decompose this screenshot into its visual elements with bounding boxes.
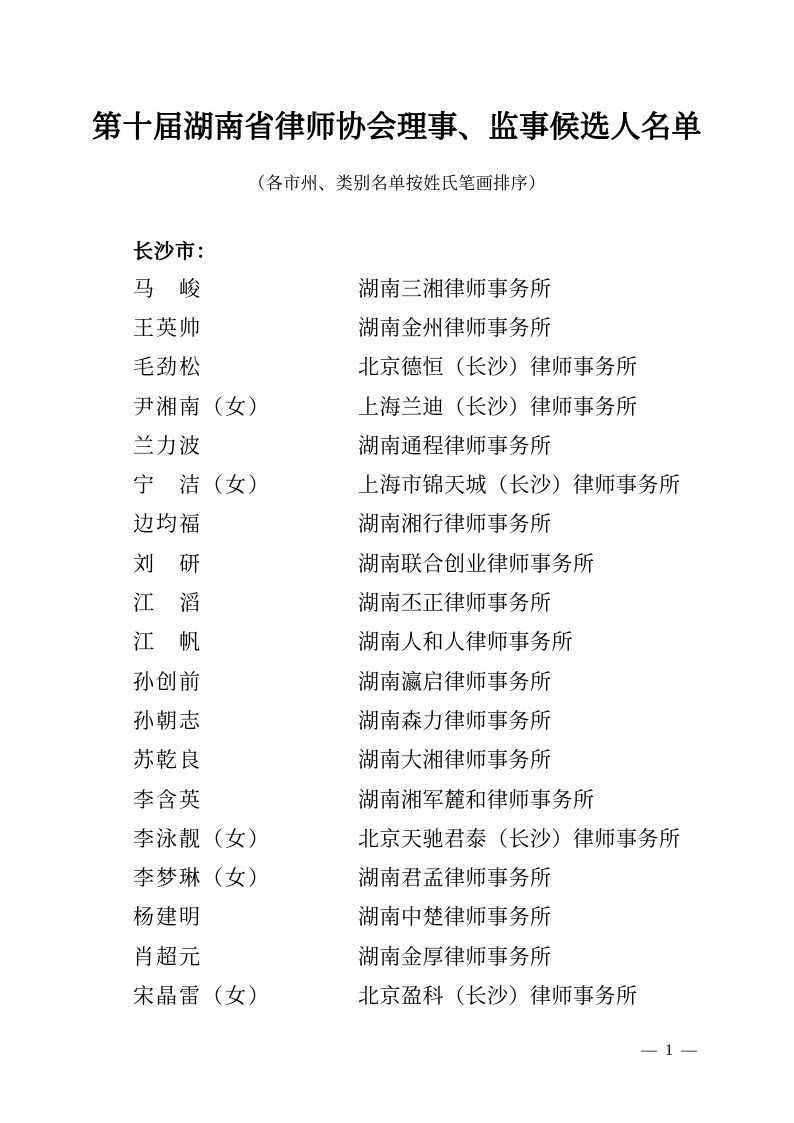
document-page: 第十届湖南省律师协会理事、监事候选人名单 （各市州、类别名单按姓氏笔画排序） 长… [0, 0, 794, 1123]
candidate-firm: 湖南三湘律师事务所 [358, 273, 754, 303]
candidate-list: 马 峻 湖南三湘律师事务所 王英帅 湖南金州律师事务所 毛劲松 北京德恒（长沙）… [0, 268, 794, 1015]
candidate-firm: 湖南中楚律师事务所 [358, 901, 754, 931]
candidate-name: 马 峻 [133, 273, 358, 303]
candidate-firm: 湖南瀛启律师事务所 [358, 666, 754, 696]
candidate-name: 尹湘南（女） [133, 391, 358, 421]
candidate-firm: 湖南金州律师事务所 [358, 312, 754, 342]
candidate-name: 刘 研 [133, 548, 358, 578]
document-title: 第十届湖南省律师协会理事、监事候选人名单 [0, 110, 794, 146]
candidate-name: 李泳靓（女） [133, 823, 358, 853]
candidate-firm: 湖南湘军麓和律师事务所 [358, 784, 754, 814]
candidate-firm: 湖南湘行律师事务所 [358, 508, 754, 538]
candidate-firm: 上海市锦天城（长沙）律师事务所 [358, 469, 754, 499]
candidate-row: 边均福 湖南湘行律师事务所 [133, 504, 754, 543]
candidate-name: 江 帆 [133, 626, 358, 656]
candidate-name: 李含英 [133, 784, 358, 814]
candidate-row: 宋晶雷（女） 北京盈科（长沙）律师事务所 [133, 975, 754, 1014]
candidate-name: 苏乾良 [133, 744, 358, 774]
candidate-row: 李梦琳（女） 湖南君孟律师事务所 [133, 857, 754, 896]
candidate-row: 苏乾良 湖南大湘律师事务所 [133, 740, 754, 779]
candidate-name: 杨建明 [133, 901, 358, 931]
candidate-firm: 湖南金厚律师事务所 [358, 941, 754, 971]
candidate-row: 尹湘南（女） 上海兰迪（长沙）律师事务所 [133, 386, 754, 425]
candidate-row: 孙创前 湖南瀛启律师事务所 [133, 661, 754, 700]
candidate-row: 毛劲松 北京德恒（长沙）律师事务所 [133, 347, 754, 386]
candidate-firm: 湖南君孟律师事务所 [358, 862, 754, 892]
candidate-name: 孙朝志 [133, 705, 358, 735]
candidate-row: 孙朝志 湖南森力律师事务所 [133, 700, 754, 739]
page-number: — 1 — [641, 1042, 699, 1060]
candidate-firm: 湖南人和人律师事务所 [358, 626, 754, 656]
candidate-name: 兰力波 [133, 430, 358, 460]
candidate-name: 宁 洁（女） [133, 469, 358, 499]
candidate-row: 刘 研 湖南联合创业律师事务所 [133, 543, 754, 582]
candidate-row: 江 滔 湖南丕正律师事务所 [133, 582, 754, 621]
candidate-firm: 湖南丕正律师事务所 [358, 587, 754, 617]
candidate-name: 毛劲松 [133, 351, 358, 381]
candidate-name: 肖超元 [133, 941, 358, 971]
candidate-row: 杨建明 湖南中楚律师事务所 [133, 897, 754, 936]
candidate-firm: 北京天驰君泰（长沙）律师事务所 [358, 823, 754, 853]
candidate-firm: 湖南联合创业律师事务所 [358, 548, 754, 578]
candidate-firm: 湖南森力律师事务所 [358, 705, 754, 735]
candidate-row: 江 帆 湖南人和人律师事务所 [133, 622, 754, 661]
candidate-name: 边均福 [133, 508, 358, 538]
candidate-name: 江 滔 [133, 587, 358, 617]
section-heading-changsha: 长沙市： [133, 238, 794, 266]
candidate-firm: 上海兰迪（长沙）律师事务所 [358, 391, 754, 421]
candidate-row: 宁 洁（女） 上海市锦天城（长沙）律师事务所 [133, 464, 754, 503]
candidate-row: 兰力波 湖南通程律师事务所 [133, 425, 754, 464]
document-subtitle: （各市州、类别名单按姓氏笔画排序） [0, 172, 794, 196]
candidate-name: 宋晶雷（女） [133, 980, 358, 1010]
candidate-row: 王英帅 湖南金州律师事务所 [133, 307, 754, 346]
candidate-name: 孙创前 [133, 666, 358, 696]
candidate-name: 李梦琳（女） [133, 862, 358, 892]
candidate-row: 李含英 湖南湘军麓和律师事务所 [133, 779, 754, 818]
candidate-row: 马 峻 湖南三湘律师事务所 [133, 268, 754, 307]
candidate-firm: 北京盈科（长沙）律师事务所 [358, 980, 754, 1010]
candidate-firm: 湖南通程律师事务所 [358, 430, 754, 460]
candidate-row: 肖超元 湖南金厚律师事务所 [133, 936, 754, 975]
candidate-firm: 北京德恒（长沙）律师事务所 [358, 351, 754, 381]
candidate-row: 李泳靓（女） 北京天驰君泰（长沙）律师事务所 [133, 818, 754, 857]
candidate-name: 王英帅 [133, 312, 358, 342]
candidate-firm: 湖南大湘律师事务所 [358, 744, 754, 774]
